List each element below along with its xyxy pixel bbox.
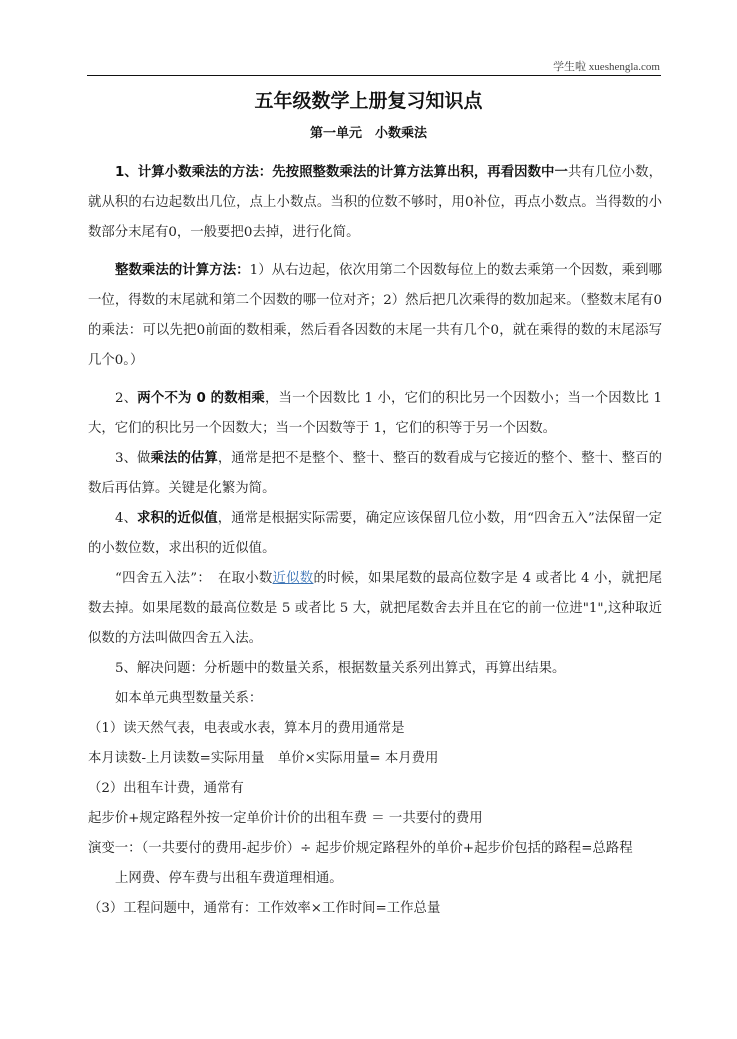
section-3: 3、做乘法的估算，通常是把不是整个、整十、整百的数看成与它接近的整个、整十、整百… bbox=[88, 444, 662, 504]
relation-2-formula: 起步价+规定路程外按一定单价计价的出租车费 ＝ 一共要付的费用 bbox=[88, 804, 662, 834]
relation-3-title: （3）工程问题中，通常有：工作效率×工作时间=工作总量 bbox=[88, 894, 662, 924]
integer-multiplication-text: 1）从右边起，依次用第二个因数每位上的数去乘第一个因数，乘到哪一位，得数的末尾就… bbox=[88, 263, 662, 368]
approximate-number-link[interactable]: 近似数 bbox=[273, 571, 314, 586]
relation-1-formula: 本月读数-上月读数=实际用量 单价×实际用量= 本月费用 bbox=[88, 744, 662, 774]
rounding-prefix: “四舍五入法”： 在取小数 bbox=[115, 571, 273, 586]
page-title: 五年级数学上册复习知识点 bbox=[0, 86, 737, 113]
rounding-rule: “四舍五入法”： 在取小数近似数的时候，如果尾数的最高位数字是 4 或者比 4 … bbox=[88, 564, 662, 654]
section-1-heading: 1、计算小数乘法的方法：先按照整数乘法的计算方法算出积，再看因数中一 bbox=[115, 165, 568, 180]
relation-2-note: 上网费、停车费与出租车费道理相通。 bbox=[88, 864, 662, 894]
section-3-prefix: 3、做 bbox=[115, 451, 151, 466]
section-4: 4、求积的近似值，通常是根据实际需要，确定应该保留几位小数，用“四舍五入”法保留… bbox=[88, 504, 662, 564]
section-4-prefix: 4、 bbox=[115, 511, 137, 526]
document-body: 1、计算小数乘法的方法：先按照整数乘法的计算方法算出积，再看因数中一共有几位小数… bbox=[88, 158, 662, 924]
typical-relations-intro: 如本单元典型数量关系： bbox=[88, 684, 662, 714]
section-integer-multiplication: 整数乘法的计算方法：1）从右边起，依次用第二个因数每位上的数去乘第一个因数，乘到… bbox=[88, 256, 662, 376]
header-divider bbox=[87, 75, 661, 76]
section-4-heading: 求积的近似值 bbox=[137, 511, 218, 526]
section-2-prefix: 2、 bbox=[115, 391, 137, 406]
relation-2-variant: 演变一：（一共要付的费用-起步价）÷ 起步价规定路程外的单价+起步价包括的路程=… bbox=[88, 834, 662, 864]
integer-multiplication-heading: 整数乘法的计算方法： bbox=[115, 263, 250, 278]
section-2-heading: 两个不为 0 的数相乘 bbox=[137, 391, 265, 406]
section-3-heading: 乘法的估算 bbox=[151, 451, 218, 466]
document-page: 学生啦 xueshengla.com 五年级数学上册复习知识点 第一单元 小数乘… bbox=[0, 0, 737, 1039]
header-site-label: 学生啦 xueshengla.com bbox=[553, 58, 660, 74]
section-5: 5、解决问题：分析题中的数量关系，根据数量关系列出算式，再算出结果。 bbox=[88, 654, 662, 684]
section-1: 1、计算小数乘法的方法：先按照整数乘法的计算方法算出积，再看因数中一共有几位小数… bbox=[88, 158, 662, 248]
relation-1-title: （1）读天然气表，电表或水表，算本月的费用通常是 bbox=[88, 714, 662, 744]
relation-2-title: （2）出租车计费，通常有 bbox=[88, 774, 662, 804]
section-2: 2、两个不为 0 的数相乘，当一个因数比 1 小，它们的积比另一个因数小；当一个… bbox=[88, 384, 662, 444]
unit-subtitle: 第一单元 小数乘法 bbox=[0, 122, 737, 141]
